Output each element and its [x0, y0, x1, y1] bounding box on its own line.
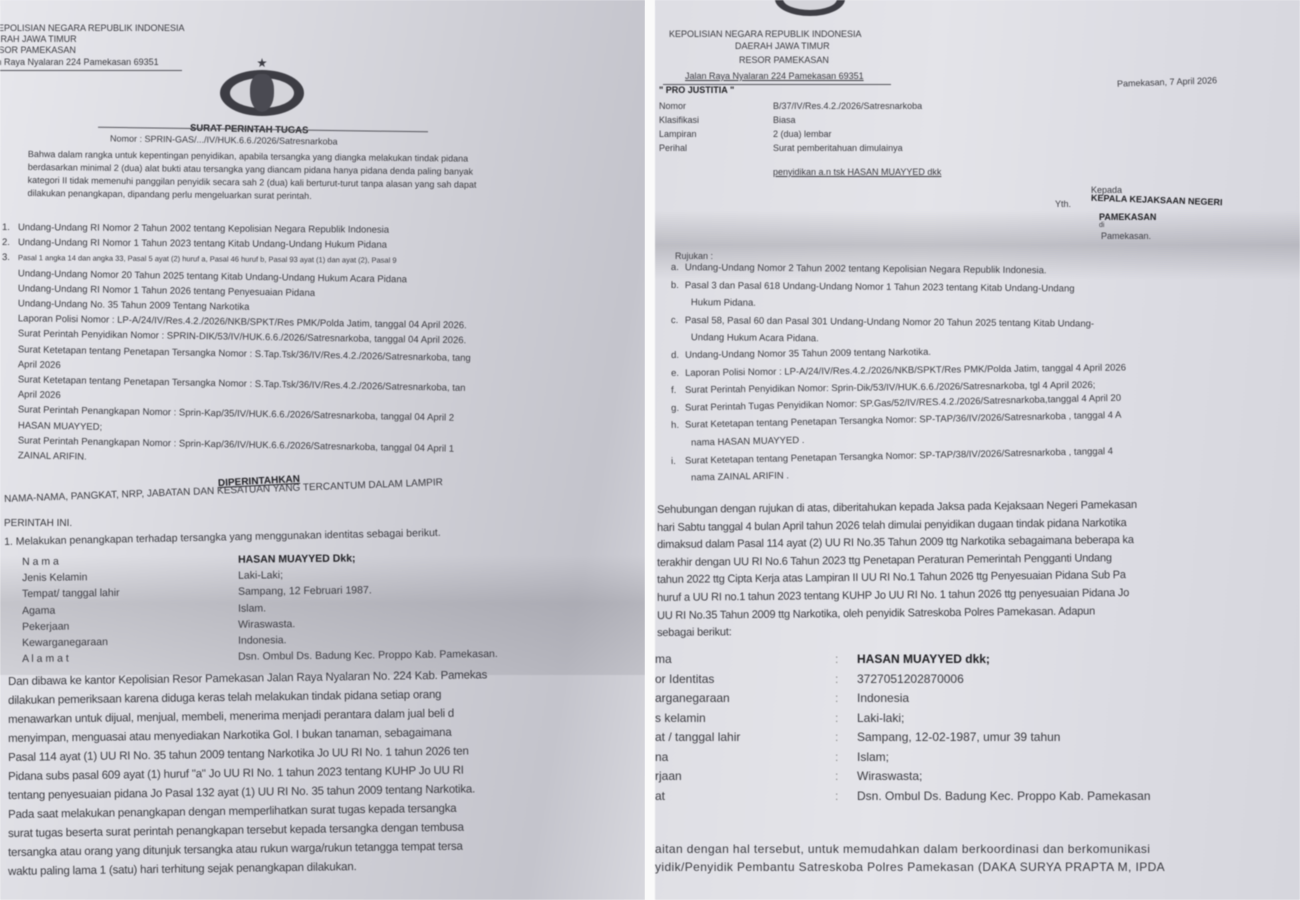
identity-value: Wiraswasta;	[857, 769, 922, 783]
item-text: Undang-Undang RI Nomor 2 Tahun 2002 tent…	[18, 222, 389, 236]
item-text: Laporan Polisi Nomor : LP-A/24/IV/Res.4.…	[685, 362, 1126, 378]
identity-colon: :	[835, 672, 857, 686]
references-heading: Rujukan :	[675, 250, 713, 262]
legal-basis-item: Surat Ketetapan tentang Penetapan Tersan…	[2, 344, 471, 365]
item-text: Surat Ketetapan tentang Penetapan Tersan…	[685, 446, 1113, 467]
identity-row: Tempat/ tanggal lahirSampang, 12 Februar…	[22, 585, 372, 601]
identity-value: Wiraswasta.	[238, 618, 295, 631]
legal-basis-item: 2.Undang-Undang RI Nomor 1 Tahun 2023 te…	[2, 237, 387, 252]
polri-emblem-icon	[775, 0, 845, 18]
item-text: Pasal 3 dan Pasal 618 Undang-Undang Nomo…	[685, 280, 1075, 294]
item-text: Undang-Undang No. 35 Tahun 2009 Tentang …	[18, 298, 250, 313]
item-text: Undang-Undang Nomor 20 Tahun 2025 tentan…	[18, 268, 407, 285]
identity-row: PekerjaanWiraswasta.	[22, 618, 295, 633]
left-header-line-4: Jalan Raya Nyalaran 224 Pamekasan 69351	[0, 56, 159, 68]
item-text: Surat Perintah Penyidikan Nomor: Sprin-D…	[685, 380, 1095, 396]
identity-label: A l a m a t	[22, 651, 238, 665]
pro-justitia-label: " PRO JUSTITIA "	[659, 84, 734, 96]
identity-label: s kelamin	[655, 711, 835, 725]
identity-colon: :	[835, 789, 857, 803]
identity-row: KewarganegaraanIndonesia.	[22, 634, 287, 649]
right-header-line-1: KEPOLISIAN NEGARA REPUBLIK INDONESIA	[669, 28, 862, 40]
reference-item: Hukum Pidana.	[671, 297, 756, 310]
identity-value: Islam.	[238, 602, 266, 614]
legal-basis-item: Surat Ketetapan tentang Penetapan Tersan…	[2, 374, 466, 395]
item-text: Surat Ketetapan tentang Penetapan Tersan…	[18, 374, 466, 394]
meta-value: B/37/IV/Res.4.2./2026/Satresnarkoba	[773, 101, 922, 111]
body-line: dilakukan pemeriksaan karena diduga kera…	[8, 689, 441, 708]
item-number: h.	[671, 420, 685, 432]
identity-value: Islam;	[857, 750, 889, 764]
body-line: tentang penyesuaian pidana Jo Pasal 132 …	[8, 783, 475, 803]
legal-basis-item: Undang-Undang No. 35 Tahun 2009 Tentang …	[2, 298, 250, 314]
closing-line: aitan dengan hal tersebut, untuk memudah…	[655, 842, 1150, 856]
item-number: i.	[671, 455, 685, 467]
identity-row: s kelamin:Laki-laki;	[655, 711, 904, 725]
recipient-line-1: KEPALA KEJAKSAAN NEGERI	[1091, 192, 1223, 209]
meta-row: Lampiran2 (dua) lembar	[659, 128, 832, 140]
item-text: Hukum Pidana.	[685, 297, 756, 309]
identity-colon: :	[835, 711, 857, 725]
identity-value: Sampang, 12 Februari 1987.	[238, 585, 372, 598]
identity-row: N a m aHASAN MUAYYED Dkk;	[22, 553, 356, 568]
reference-item: nama HASAN MUAYYED .	[671, 435, 805, 450]
header-underline	[0, 70, 182, 71]
legal-basis-item: Undang-Undang RI Nomor 1 Tahun 2026 tent…	[2, 283, 315, 300]
item-text: Undang-Undang RI Nomor 1 Tahun 2023 tent…	[18, 237, 387, 251]
reference-item: Undang Hukum Acara Pidana.	[671, 332, 819, 345]
identity-row: rjaan:Wiraswasta;	[655, 769, 922, 783]
identity-label: rjaan	[655, 769, 835, 783]
identity-row: arganegaraan:Indonesia	[655, 691, 909, 705]
body-line: huruf a UU RI no.1 tahun 2023 tentang KU…	[657, 587, 1129, 605]
item-text: April 2026	[18, 389, 61, 401]
identity-value: Laki-laki;	[857, 711, 904, 725]
identity-value: HASAN MUAYYED Dkk;	[238, 553, 356, 566]
item-number: 3.	[2, 252, 18, 264]
item-text: Pasal 58, Pasal 60 dan Pasal 301 Undang-…	[685, 315, 1094, 330]
legal-basis-item: April 2026	[2, 359, 61, 372]
identity-colon: :	[835, 691, 857, 705]
item-text: Undang-Undang Nomor 35 Tahun 2009 tentan…	[685, 347, 931, 361]
body-line: UU RI No.35 Tahun 2009 ttg Narkotika, ol…	[657, 605, 1095, 623]
body-line: Sehubungan dengan rujukan di atas, diber…	[657, 499, 1137, 517]
identity-value: 3727051202870006	[857, 672, 964, 686]
recipient-line-4: Pamekasan.	[1101, 230, 1151, 242]
legal-basis-item: 1.Undang-Undang RI Nomor 2 Tahun 2002 te…	[2, 222, 389, 237]
right-header-line-3: RESOR PAMEKASAN	[739, 54, 829, 66]
item-text: Undang-Undang Nomor 2 Tahun 2002 tentang…	[685, 262, 1047, 276]
body-line: sebagai berikut:	[657, 626, 732, 640]
reference-item: nama ZAINAL ARIFIN .	[671, 471, 789, 486]
reference-item: d.Undang-Undang Nomor 35 Tahun 2009 tent…	[671, 347, 931, 362]
legal-basis-item: HASAN MUAYYED;	[2, 420, 103, 434]
meta-label: Perihal	[659, 142, 773, 154]
identity-row: at:Dsn. Ombul Ds. Badung Kec. Proppo Kab…	[655, 789, 1151, 803]
meta-row: NomorB/37/IV/Res.4.2./2026/Satresnarkoba	[659, 100, 922, 112]
body-line: Pada saat melakukan penangkapan dengan m…	[8, 803, 457, 822]
item-text: nama ZAINAL ARIFIN .	[685, 471, 789, 484]
recipient-yth: Yth.	[1055, 198, 1071, 210]
document-number: Nomor : SPRIN-GAS/.../IV/HUK.6.6./2026/S…	[110, 132, 338, 147]
identity-row: na:Islam;	[655, 750, 889, 764]
identity-colon: :	[835, 750, 857, 764]
item-number: g.	[671, 402, 685, 414]
identity-value: Sampang, 12-02-1987, umur 39 tahun	[857, 730, 1060, 744]
item-text: April 2026	[18, 359, 61, 371]
identity-label: N a m a	[22, 554, 238, 568]
identity-value: Dsn. Ombul Ds. Badung Kec. Proppo Kab. P…	[857, 789, 1151, 803]
meta-label: Nomor	[659, 100, 773, 112]
body-line: tersangka atau orang yang ditunjuk tersa…	[8, 841, 463, 860]
recipient-line-2: PAMEKASAN	[1099, 211, 1156, 223]
identity-label: ma	[655, 652, 835, 666]
identity-value: Laki-Laki;	[238, 569, 283, 581]
identity-label: arganegaraan	[655, 691, 835, 705]
meta-row: PerihalSurat pemberitahuan dimulainya	[659, 142, 903, 154]
legal-basis-item: ZAINAL ARIFIN.	[2, 450, 87, 464]
item-text: Undang-Undang RI Nomor 1 Tahun 2026 tent…	[18, 283, 315, 299]
body-line: Pidana subs pasal 609 ayat (1) huruf "a"…	[8, 765, 464, 784]
item-text: nama HASAN MUAYYED .	[685, 435, 805, 449]
item-text: Surat Ketetapan tentang Penetapan Tersan…	[685, 410, 1122, 431]
identity-value: Dsn. Ombul Ds. Badung Kec. Proppo Kab. P…	[238, 648, 498, 663]
closing-line: yidik/Penyidik Pembantu Satreskoba Polre…	[655, 860, 1165, 874]
identity-label: or Identitas	[655, 672, 835, 686]
body-line: tahun 2022 ttg Cipta Kerja atas Lampiran…	[657, 569, 1126, 587]
reference-item: i.Surat Ketetapan tentang Penetapan Ters…	[671, 446, 1113, 468]
identity-row: Jenis KelaminLaki-Laki;	[22, 569, 283, 584]
identity-label: at	[655, 789, 835, 803]
body-line: dimaksud dalam Pasal 114 ayat (2) UU RI …	[657, 534, 1134, 552]
body-line: hari Sabtu tanggal 4 bulan April tahun 2…	[657, 517, 1127, 535]
right-header-line-2: DAERAH JAWA TIMUR	[735, 40, 830, 52]
identity-row: or Identitas:3727051202870006	[655, 672, 964, 686]
identity-row: A l a m a tDsn. Ombul Ds. Badung Kec. Pr…	[22, 648, 498, 665]
legal-basis-item: 3.Pasal 1 angka 14 dan angka 33, Pasal 5…	[2, 252, 397, 267]
surat-perintah-tugas-document: KEPOLISIAN NEGARA REPUBLIK INDONESIA DAE…	[0, 0, 645, 900]
meta-label: Klasifikasi	[659, 114, 773, 126]
meta-row: KlasifikasiBiasa	[659, 114, 796, 126]
place-date: Pamekasan, 7 April 2026	[1117, 74, 1217, 89]
item-number: e.	[671, 367, 685, 379]
item-text: Undang Hukum Acara Pidana.	[685, 333, 819, 345]
ordered-line-2: PERINTAH INI.	[4, 518, 72, 530]
identity-value: Indonesia.	[238, 634, 287, 647]
left-header-line-3: RESOR PAMEKASAN	[0, 44, 76, 56]
body-line: waktu paling lama 1 (satu) hari terhitun…	[8, 861, 357, 879]
item-number: d.	[671, 350, 685, 362]
meta-label: Lampiran	[659, 128, 773, 140]
item-text: HASAN MUAYYED;	[18, 420, 102, 433]
identity-row: ma:HASAN MUAYYED dkk;	[655, 652, 990, 666]
body-line: menawarkan untuk dijual, menjual, membel…	[8, 708, 454, 727]
identity-colon: :	[835, 730, 857, 744]
item-number: f.	[671, 385, 685, 397]
item-number: a.	[671, 262, 685, 274]
identity-colon: :	[835, 769, 857, 783]
body-line: surat tugas beserta surat perintah penan…	[8, 822, 464, 841]
identity-label: Tempat/ tanggal lahir	[22, 586, 238, 600]
body-line: terakhir dengan UU RI No.6 Tahun 2023 tt…	[657, 552, 1112, 570]
identity-row: AgamaIslam.	[22, 602, 266, 617]
identity-label: Agama	[22, 602, 238, 616]
item-number: c.	[671, 315, 685, 327]
task-intro: 1. Melakukan penangkapan terhadap tersan…	[4, 527, 441, 548]
legal-basis-item: April 2026	[2, 389, 61, 402]
identity-label: Jenis Kelamin	[22, 570, 238, 584]
photo-gutter	[645, 0, 655, 900]
reference-item: c.Pasal 58, Pasal 60 dan Pasal 301 Undan…	[671, 315, 1094, 331]
reference-item: e.Laporan Polisi Nomor : LP-A/24/IV/Res.…	[671, 362, 1126, 380]
item-number: 2.	[2, 237, 18, 249]
item-number: 1.	[2, 222, 18, 234]
item-text: Surat Ketetapan tentang Penetapan Tersan…	[18, 344, 471, 364]
pemberitahuan-penyidikan-document: KEPOLISIAN NEGARA REPUBLIK INDONESIA DAE…	[655, 0, 1300, 900]
item-text: ZAINAL ARIFIN.	[18, 450, 87, 462]
item-text: Pasal 1 angka 14 dan angka 33, Pasal 5 a…	[18, 254, 397, 266]
body-line: menyimpan, menguasai atau menyediakan Na…	[8, 727, 452, 746]
reference-item: h.Surat Ketetapan tentang Penetapan Ters…	[671, 410, 1122, 432]
identity-label: at / tanggal lahir	[655, 730, 835, 744]
identity-label: Kewarganegaraan	[22, 635, 238, 649]
item-text: Surat Perintah Penyidikan Nomor : SPRIN-…	[18, 329, 466, 347]
identity-label: Pekerjaan	[22, 619, 238, 633]
meta-value: 2 (dua) lembar	[773, 129, 832, 139]
identity-colon: :	[835, 652, 857, 666]
meta-value: Surat pemberitahuan dimulainya	[773, 143, 903, 153]
identity-label: na	[655, 750, 835, 764]
polri-emblem-icon	[220, 58, 304, 118]
body-line: Dan dibawa ke kantor Kepolisian Resor Pa…	[8, 669, 487, 689]
identity-row: at / tanggal lahir:Sampang, 12-02-1987, …	[655, 730, 1060, 744]
reference-item: a.Undang-Undang Nomor 2 Tahun 2002 tenta…	[671, 262, 1047, 277]
item-number: b.	[671, 280, 685, 292]
meta-value: Biasa	[773, 115, 796, 125]
right-header-line-4: Jalan Raya Nyalaran 224 Pamekasan 69351	[685, 70, 864, 82]
body-line: Pasal 114 ayat (1) UU RI No. 35 tahun 20…	[8, 746, 469, 765]
identity-value: HASAN MUAYYED dkk;	[857, 652, 990, 666]
subject-line-2: penyidikan a.n tsk HASAN MUAYYED dkk	[773, 166, 941, 178]
identity-value: Indonesia	[857, 691, 909, 705]
reference-item: b.Pasal 3 dan Pasal 618 Undang-Undang No…	[671, 280, 1075, 296]
